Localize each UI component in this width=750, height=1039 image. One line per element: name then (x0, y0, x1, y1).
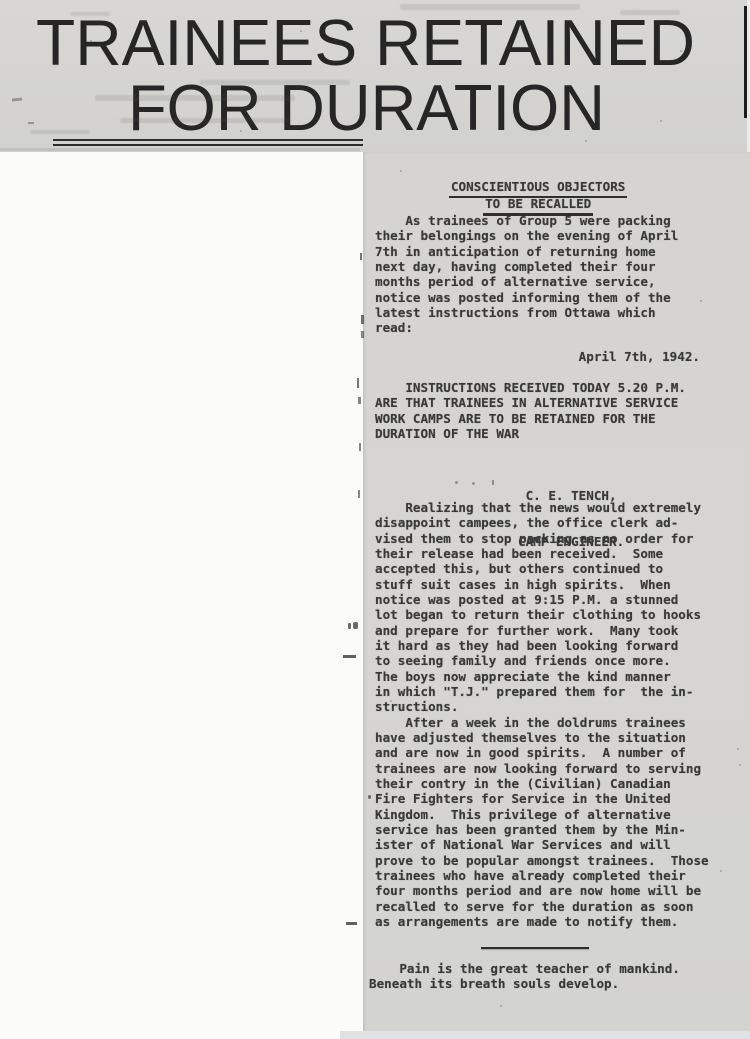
margin-mark (361, 315, 364, 324)
paragraph-reaction: Realizing that the news would extremely … (375, 500, 709, 715)
paragraph-intro: As trainees of Group 5 were packing thei… (375, 213, 678, 336)
scan-speck (390, 700, 392, 702)
clipping-fold-line (744, 6, 747, 118)
margin-dash (343, 655, 356, 658)
scan-speck (500, 1005, 502, 1007)
stray-comma-mark (368, 795, 371, 799)
scan-smudge (200, 80, 350, 85)
margin-mark (353, 622, 358, 629)
scan-speck (300, 30, 302, 32)
margin-mark (348, 623, 351, 629)
scan-speck (720, 870, 722, 872)
article-body: Realizing that the news would extremely … (375, 500, 709, 929)
margin-mark (358, 490, 360, 498)
paragraph-outlook: After a week in the doldrums trainees ha… (375, 715, 709, 930)
scan-speck (472, 482, 475, 485)
headline-line1: TRAINEES RETAINED (36, 6, 695, 79)
margin-mark (359, 443, 361, 451)
margin-dash (346, 922, 357, 925)
margin-mark (358, 397, 361, 404)
scan-bottom-edge (340, 1031, 750, 1039)
scan-smudge (620, 10, 680, 15)
margin-mark (357, 378, 359, 388)
scan-artifact (28, 122, 34, 124)
scan-smudge (120, 118, 290, 123)
scan-speck (739, 764, 741, 766)
clipping-bottom-edge (0, 148, 360, 151)
scan-speck (492, 480, 494, 485)
margin-mark (361, 331, 364, 338)
scan-speck (680, 50, 682, 52)
section-divider-rule (481, 947, 589, 949)
scan-speck (737, 748, 739, 750)
notice-text: INSTRUCTIONS RECEIVED TODAY 5.20 P.M. AR… (375, 380, 686, 441)
closing-quote: Pain is the great teacher of mankind. Be… (369, 961, 680, 992)
scan-speck (400, 170, 402, 172)
scan-smudge (95, 95, 295, 101)
scanned-newspaper-page: TRAINEES RETAINED FOR DURATION CONSCIENT… (0, 0, 750, 1039)
headline-clipping: TRAINEES RETAINED FOR DURATION (0, 0, 750, 152)
scan-speck (520, 20, 522, 22)
scan-smudge (70, 12, 110, 16)
scan-speck (90, 40, 92, 42)
margin-mark (360, 253, 362, 260)
scan-speck (660, 120, 662, 122)
notice-dateline: April 7th, 1942. (363, 349, 700, 364)
scan-smudge (400, 4, 580, 10)
headline-graphic: TRAINEES RETAINED FOR DURATION (0, 0, 750, 152)
scan-speck (700, 300, 702, 302)
scan-speck (240, 130, 242, 132)
scan-speck (455, 481, 458, 484)
headline-double-underline (53, 139, 363, 146)
scan-smudge (30, 130, 90, 134)
scan-speck (585, 140, 587, 142)
